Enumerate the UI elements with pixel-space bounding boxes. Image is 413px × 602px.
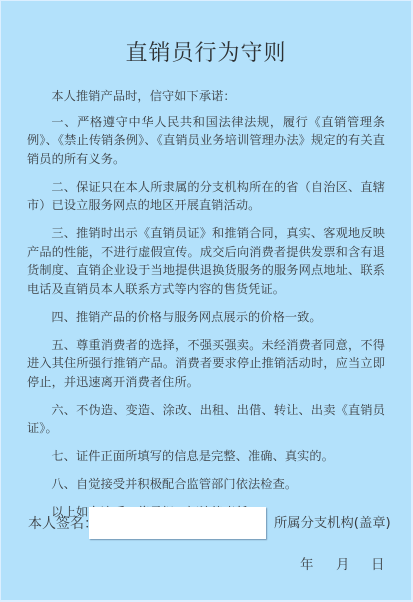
date-day-label: 日 <box>371 556 385 574</box>
clause-5: 五、尊重消费者的选择，不强买强卖。未经消费者同意，不得进入其住所强行推销产品。消… <box>27 336 385 392</box>
date-year-label: 年 <box>300 556 314 574</box>
date-month-label: 月 <box>336 556 350 574</box>
page-title: 直销员行为守则 <box>1 39 411 69</box>
intro-paragraph: 本人推销产品时，信守如下承诺： <box>27 87 385 106</box>
clause-4: 四、推销产品的价格与服务网点展示的价格一致。 <box>27 308 385 327</box>
signature-row: 本人签名： 所属分支机构(盖章) <box>28 507 388 541</box>
branch-seal-label: 所属分支机构(盖章) <box>274 515 391 533</box>
signature-input[interactable] <box>89 507 266 539</box>
code-of-conduct-page: 直销员行为守则 本人推销产品时，信守如下承诺： 一、严格遵守中华人民共和国法律法… <box>1 1 411 600</box>
clause-2: 二、保证只在本人所隶属的分支机构所在的省（自治区、直辖市）已设立服务网点的地区开… <box>27 178 385 215</box>
clause-3: 三、推销时出示《直销员证》和推销合同，真实、客观地反映产品的性能，不进行虚假宣传… <box>27 224 385 298</box>
clause-8: 八、自觉接受并积极配合监管部门依法检查。 <box>27 475 385 494</box>
clause-6: 六、不伪造、变造、涂改、出租、出借、转让、出卖《直销员证》。 <box>27 401 385 438</box>
date-row: 年 月 日 <box>1 556 411 574</box>
document-body: 本人推销产品时，信守如下承诺： 一、严格遵守中华人民共和国法律法规，履行《直销管… <box>27 87 385 531</box>
clause-1: 一、严格遵守中华人民共和国法律法规，履行《直销管理条例》、《禁止传销条例》、《直… <box>27 113 385 169</box>
clause-7: 七、证件正面所填写的信息是完整、准确、真实的。 <box>27 447 385 466</box>
signature-label: 本人签名： <box>28 515 98 533</box>
